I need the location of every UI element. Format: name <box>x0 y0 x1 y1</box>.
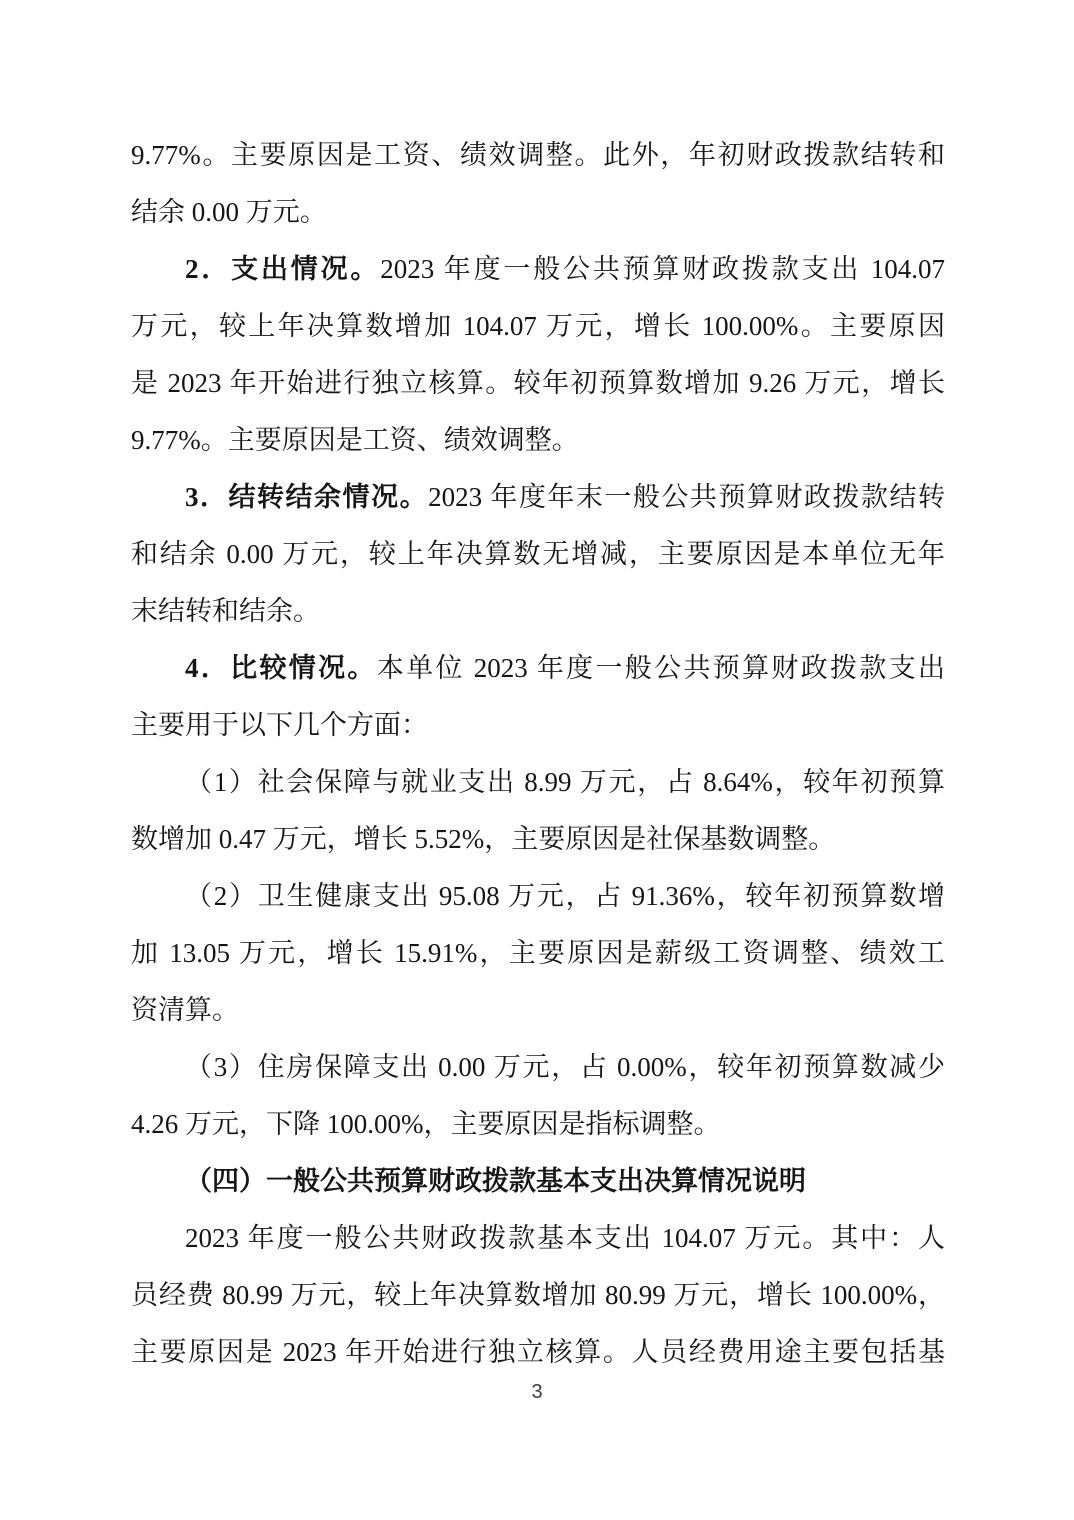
text-run: 数增加 0.47 万元，增长 5.52%，主要原因是社保基数调整。 <box>131 824 835 854</box>
bold-text-run: （四）一般公共预算财政拨款基本支出决算情况说明 <box>185 1166 806 1196</box>
text-run: 资清算。 <box>131 995 239 1025</box>
text-line: 主要用于以下几个方面： <box>131 697 945 754</box>
text-run: 主要原因是 2023 年开始进行独立核算。人员经费用途主要包括基 <box>131 1337 945 1367</box>
text-line: 9.77%。主要原因是工资、绩效调整。 <box>131 412 945 469</box>
text-run: 主要用于以下几个方面： <box>131 710 428 740</box>
text-run: 结余 0.00 万元。 <box>131 197 327 227</box>
text-run: 加 13.05 万元，增长 15.91%，主要原因是薪级工资调整、绩效工 <box>131 938 945 968</box>
text-line: 9.77%。主要原因是工资、绩效调整。此外，年初财政拨款结转和 <box>131 127 945 184</box>
text-line: （2）卫生健康支出 95.08 万元，占 91.36%，较年初预算数增 <box>131 868 945 925</box>
text-line: 万元，较上年决算数增加 104.07 万元，增长 100.00%。主要原因 <box>131 298 945 355</box>
text-run: 员经费 80.99 万元，较上年决算数增加 80.99 万元，增长 100.00… <box>131 1280 945 1310</box>
text-line: 资清算。 <box>131 982 945 1039</box>
document-body: 9.77%。主要原因是工资、绩效调整。此外，年初财政拨款结转和结余 0.00 万… <box>131 127 945 1381</box>
text-line: 结余 0.00 万元。 <box>131 184 945 241</box>
text-run: （3）住房保障支出 0.00 万元，占 0.00%，较年初预算数减少 <box>185 1052 945 1082</box>
text-run: （1）社会保障与就业支出 8.99 万元，占 8.64%，较年初预算 <box>185 767 945 797</box>
text-run: 4.26 万元，下降 100.00%，主要原因是指标调整。 <box>131 1109 721 1139</box>
text-line: 数增加 0.47 万元，增长 5.52%，主要原因是社保基数调整。 <box>131 811 945 868</box>
text-line: 加 13.05 万元，增长 15.91%，主要原因是薪级工资调整、绩效工 <box>131 925 945 982</box>
text-run: 万元，较上年决算数增加 104.07 万元，增长 100.00%。主要原因 <box>131 311 945 341</box>
text-line: （四）一般公共预算财政拨款基本支出决算情况说明 <box>131 1153 945 1210</box>
text-line: （3）住房保障支出 0.00 万元，占 0.00%，较年初预算数减少 <box>131 1039 945 1096</box>
text-run: 和结余 0.00 万元，较上年决算数无增减，主要原因是本单位无年 <box>131 539 945 569</box>
page-number: 3 <box>0 1378 1074 1406</box>
text-line: 2023 年度一般公共财政拨款基本支出 104.07 万元。其中：人 <box>131 1210 945 1267</box>
bold-text-run: 3．结转结余情况。 <box>185 482 428 512</box>
text-run: 2023 年度一般公共预算财政拨款支出 104.07 <box>380 254 945 284</box>
text-run: 2023 年度一般公共财政拨款基本支出 104.07 万元。其中：人 <box>185 1223 945 1253</box>
bold-text-run: 2．支出情况。 <box>185 254 380 284</box>
text-line: 主要原因是 2023 年开始进行独立核算。人员经费用途主要包括基 <box>131 1324 945 1381</box>
text-run: 9.77%。主要原因是工资、绩效调整。 <box>131 425 579 455</box>
text-line: （1）社会保障与就业支出 8.99 万元，占 8.64%，较年初预算 <box>131 754 945 811</box>
bold-text-run: 4．比较情况。 <box>185 653 377 683</box>
text-run: 9.77%。主要原因是工资、绩效调整。此外，年初财政拨款结转和 <box>131 140 945 170</box>
text-run: 2023 年度年末一般公共预算财政拨款结转 <box>428 482 945 512</box>
text-line: 末结转和结余。 <box>131 583 945 640</box>
text-line: 和结余 0.00 万元，较上年决算数无增减，主要原因是本单位无年 <box>131 526 945 583</box>
text-line: 2．支出情况。2023 年度一般公共预算财政拨款支出 104.07 <box>131 241 945 298</box>
text-run: 本单位 2023 年度一般公共预算财政拨款支出 <box>377 653 945 683</box>
text-run: 是 2023 年开始进行独立核算。较年初预算数增加 9.26 万元，增长 <box>131 368 945 398</box>
text-line: 3．结转结余情况。2023 年度年末一般公共预算财政拨款结转 <box>131 469 945 526</box>
text-line: 4.26 万元，下降 100.00%，主要原因是指标调整。 <box>131 1096 945 1153</box>
text-line: 是 2023 年开始进行独立核算。较年初预算数增加 9.26 万元，增长 <box>131 355 945 412</box>
text-line: 4．比较情况。本单位 2023 年度一般公共预算财政拨款支出 <box>131 640 945 697</box>
text-run: 末结转和结余。 <box>131 596 320 626</box>
text-run: （2）卫生健康支出 95.08 万元，占 91.36%，较年初预算数增 <box>185 881 945 911</box>
document-page: 9.77%。主要原因是工资、绩效调整。此外，年初财政拨款结转和结余 0.00 万… <box>0 0 1074 1520</box>
text-line: 员经费 80.99 万元，较上年决算数增加 80.99 万元，增长 100.00… <box>131 1267 945 1324</box>
